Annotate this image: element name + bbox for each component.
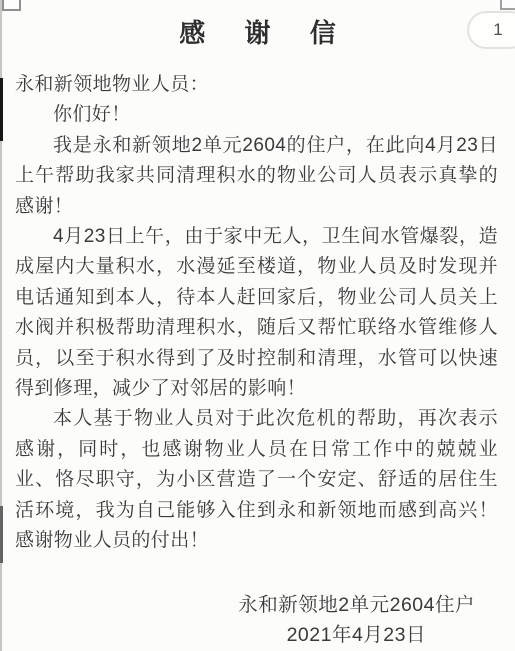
- paper-edge-shadow-top: [0, 78, 3, 141]
- paragraph-1: 我是永和新领地2单元2604的住户，在此向4月23日上午帮助我家共同清理积水的物…: [15, 131, 498, 222]
- crop-handle-top-right[interactable]: [500, 0, 515, 10]
- signature: 永和新领地2单元2604住户: [15, 590, 498, 620]
- paper-edge-shadow-bottom: [0, 506, 3, 563]
- letter-date: 2021年4月23日: [15, 620, 498, 650]
- greeting: 你们好！: [15, 100, 498, 130]
- crop-handle-top-left[interactable]: [2, 0, 21, 11]
- letter-title: 感 谢 信: [0, 13, 515, 50]
- paragraph-2: 4月23日上午，由于家中无人，卫生间水管爆裂，造成屋内大量积水，水漫延至楼道，物…: [15, 222, 498, 404]
- salutation: 永和新领地物业人员：: [15, 70, 498, 100]
- page-number-badge: 1: [467, 11, 515, 49]
- paragraph-3: 本人基于物业人员对于此次危机的帮助，再次表示感谢，同时，也感谢物业人员在日常工作…: [15, 404, 498, 556]
- letter-body: 永和新领地物业人员： 你们好！ 我是永和新领地2单元2604的住户，在此向4月2…: [15, 70, 498, 557]
- page-number: 1: [493, 20, 502, 40]
